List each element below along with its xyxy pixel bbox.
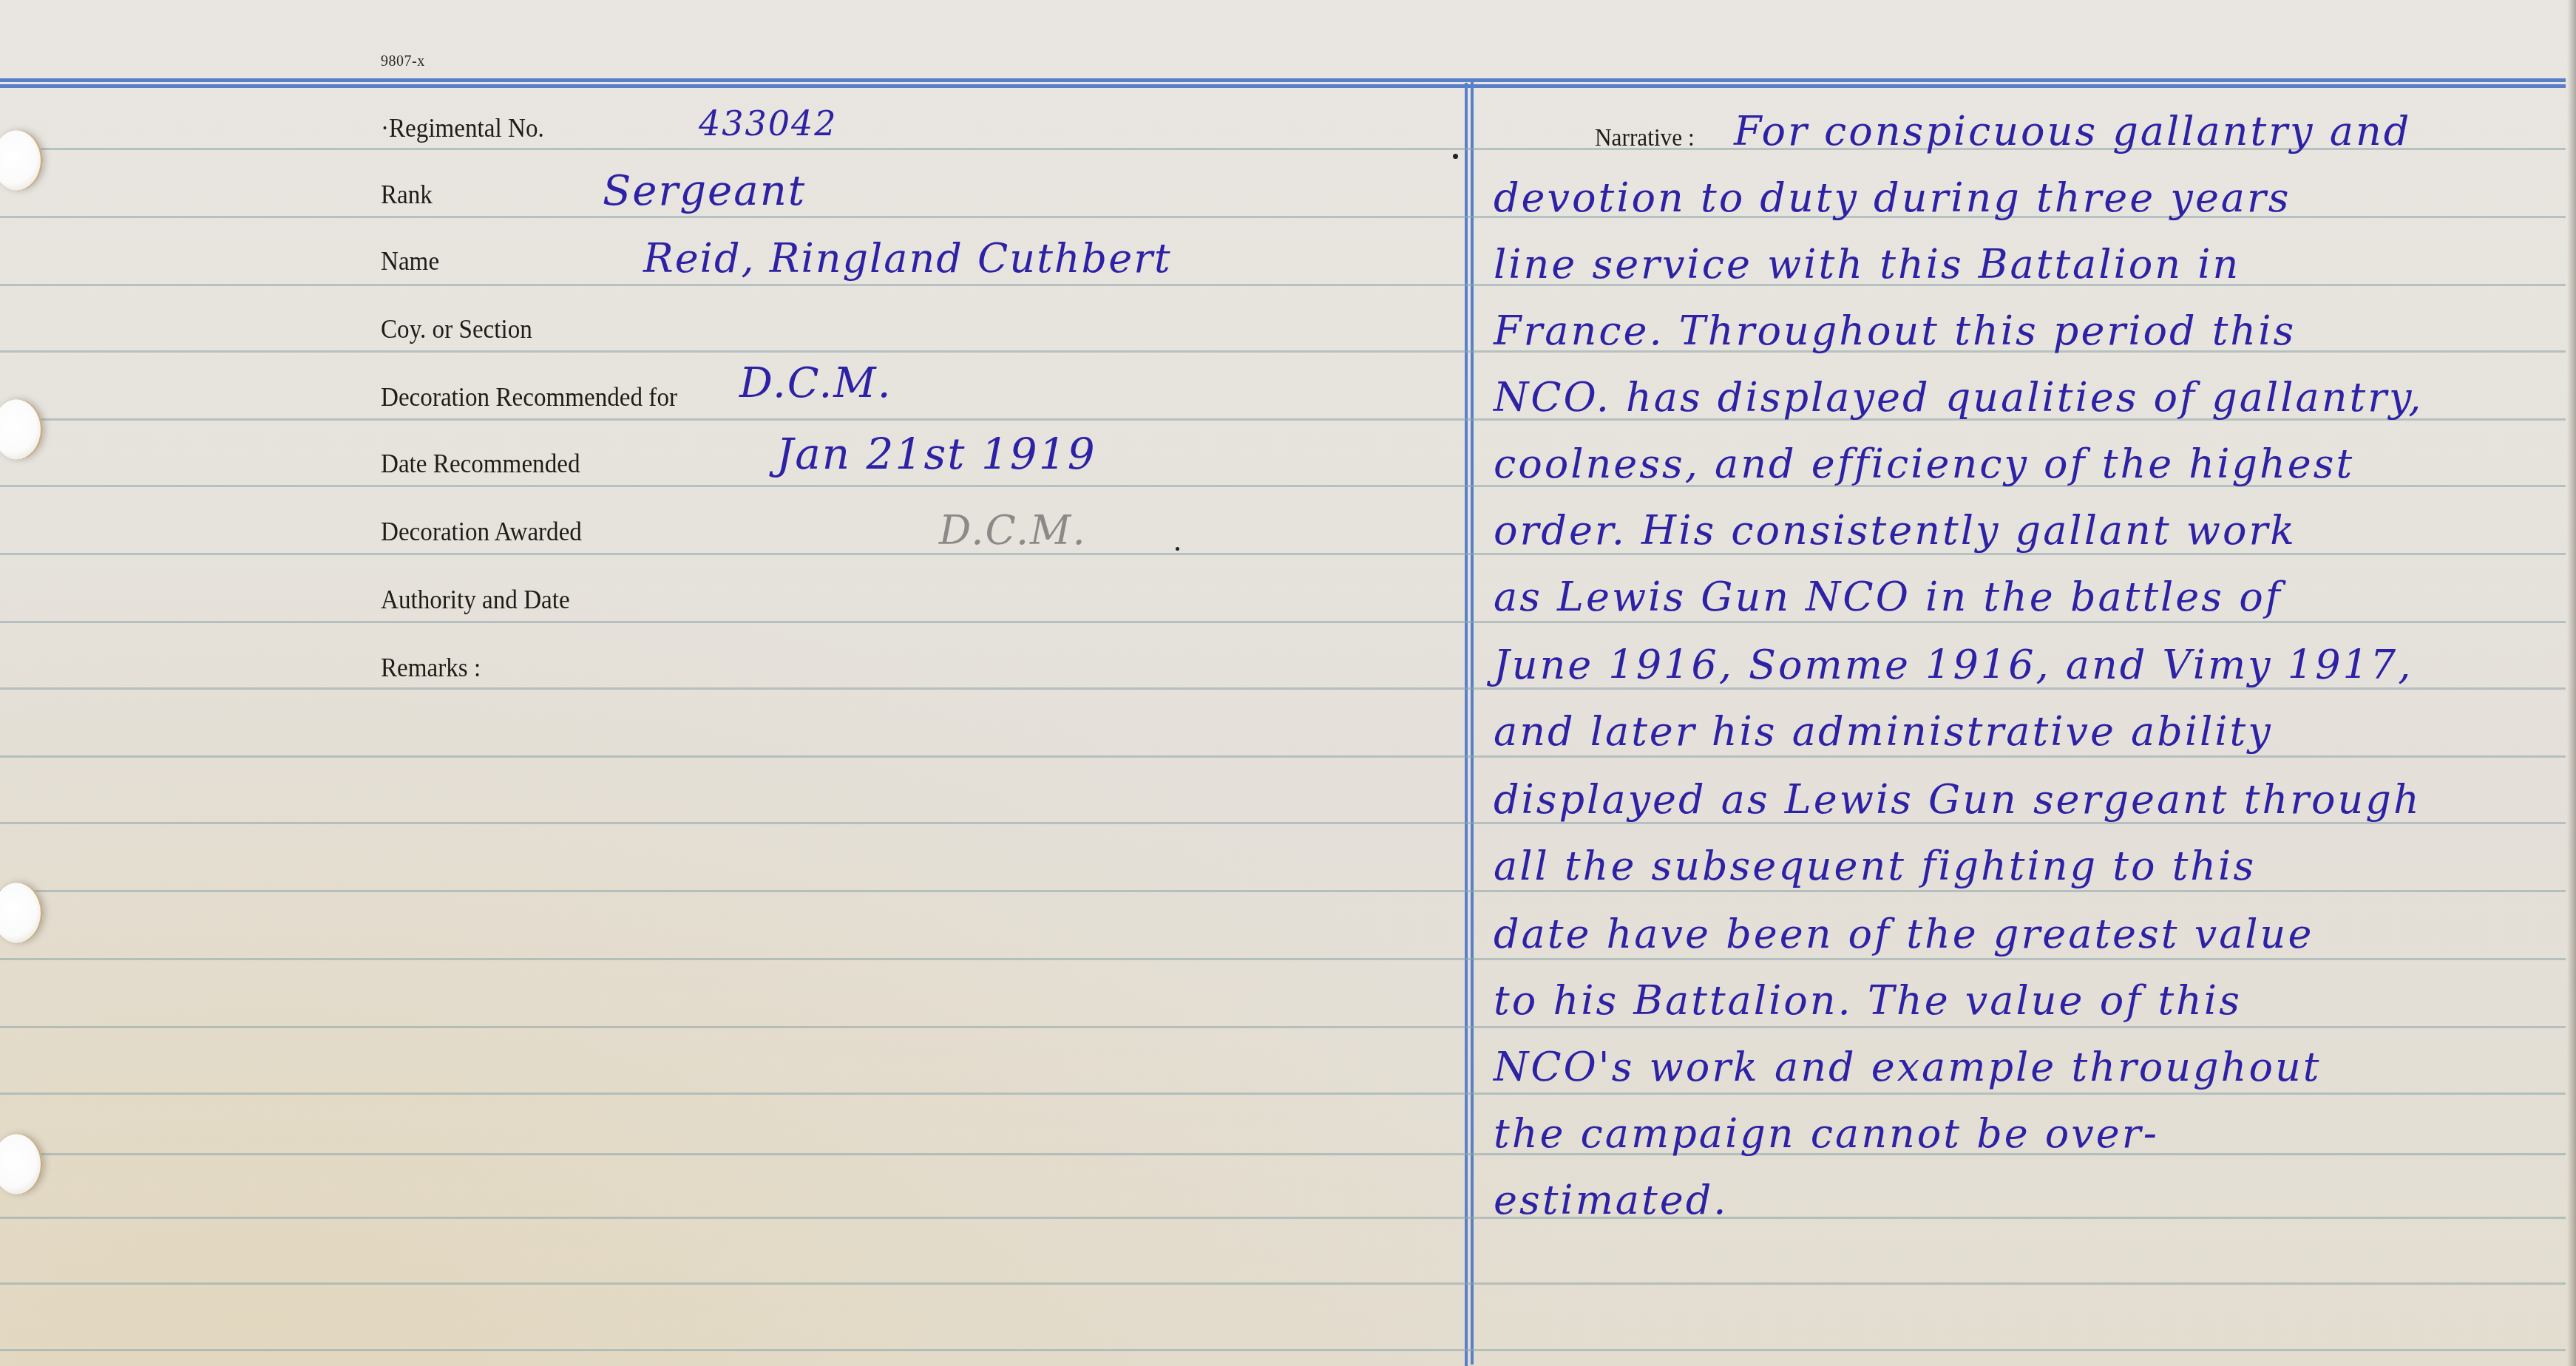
punch-hole — [0, 1134, 43, 1195]
ruled-line — [0, 1093, 2566, 1095]
label-rank: Rank — [381, 179, 433, 210]
narrative-line: estimated. — [1494, 1177, 1728, 1223]
label-name: Name — [381, 245, 439, 276]
narrative-line: order. His consistently gallant work — [1494, 507, 2297, 554]
narrative-line: the campaign cannot be over- — [1494, 1110, 2159, 1157]
narrative-line: coolness, and efficiency of the highest — [1494, 441, 2354, 487]
ink-speck — [1453, 154, 1458, 159]
ruled-line — [0, 1349, 2566, 1351]
ruled-line — [0, 1153, 2566, 1155]
narrative-line: as Lewis Gun NCO in the battles of — [1494, 574, 2282, 620]
punch-hole — [0, 130, 43, 191]
label-coy-or-section: Coy. or Section — [381, 313, 532, 344]
label-remarks: Remarks : — [381, 652, 481, 683]
punch-hole — [0, 399, 43, 460]
header-rule — [0, 84, 2566, 88]
value-decoration-awarded: D.C.M. — [939, 507, 1087, 554]
narrative-line: all the subsequent fighting to this — [1494, 843, 2256, 889]
record-card: 9807-x ·Regimental No. Rank Name Coy. or… — [0, 0, 2576, 1366]
header-rule — [0, 78, 2566, 82]
column-divider — [1465, 83, 1468, 1366]
value-rank: Sergeant — [603, 167, 806, 215]
value-regimental-no: 433042 — [699, 103, 838, 143]
narrative-line: NCO. has displayed qualities of gallantr… — [1494, 374, 2423, 421]
narrative-line: and later his administrative ability — [1494, 708, 2273, 755]
narrative-line: NCO's work and example throughout — [1494, 1044, 2321, 1090]
narrative-line: devotion to duty during three years — [1494, 174, 2291, 221]
ruled-line — [0, 1217, 2566, 1219]
ink-speck — [1176, 547, 1179, 551]
form-code: 9807-x — [381, 53, 425, 70]
narrative-line: date have been of the greatest value — [1494, 911, 2314, 957]
ruled-line — [0, 1026, 2566, 1028]
value-decoration-recommended: D.C.M. — [739, 359, 892, 407]
value-name: Reid, Ringland Cuthbert — [643, 235, 1172, 282]
narrative-line: For conspicuous gallantry and — [1734, 108, 2411, 154]
label-date-recommended: Date Recommended — [381, 448, 580, 479]
narrative-line: to his Battalion. The value of this — [1494, 977, 2242, 1024]
label-decoration-awarded: Decoration Awarded — [381, 516, 582, 547]
ruled-line — [0, 890, 2566, 892]
ruled-line — [0, 1282, 2566, 1285]
ruled-line — [0, 755, 2566, 758]
narrative-line: displayed as Lewis Gun sergeant through — [1494, 776, 2421, 823]
label-decoration-recommended: Decoration Recommended for — [381, 381, 677, 412]
narrative-line: line service with this Battalion in — [1494, 241, 2240, 288]
label-authority-and-date: Authority and Date — [381, 584, 570, 615]
ruled-line — [0, 958, 2566, 960]
value-date-recommended: Jan 21st 1919 — [776, 429, 1097, 479]
ruled-line — [0, 621, 2566, 623]
label-narrative: Narrative : — [1595, 124, 1695, 152]
narrative-line: France. Throughout this period this — [1494, 307, 2296, 354]
narrative-line: June 1916, Somme 1916, and Vimy 1917, — [1494, 642, 2413, 688]
column-divider — [1471, 81, 1474, 1365]
label-regimental-no: ·Regimental No. — [381, 112, 544, 143]
